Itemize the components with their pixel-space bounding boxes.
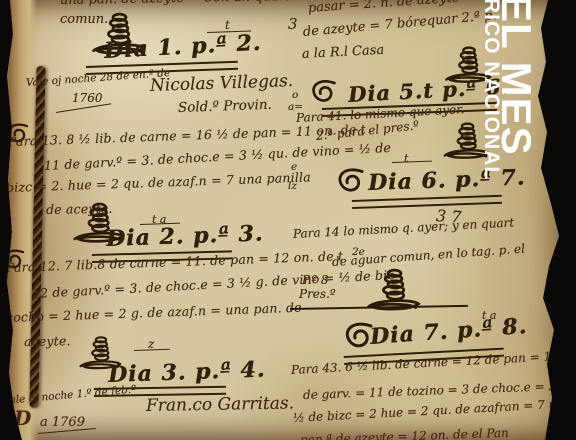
ration-line: a la R.l Casa bbox=[302, 44, 385, 61]
signature: Fran.co Garritas. bbox=[146, 395, 294, 415]
ration-line: Para 14 lo mismo q. ayer; y en quart bbox=[293, 216, 515, 240]
overlay-subtitle: RICO NACIONAL bbox=[479, 0, 503, 180]
day-heading: Dia 7. p.ª 8. bbox=[369, 313, 528, 350]
manuscript-photo: una pan. de azeyte = Con un quartillo de… bbox=[0, 0, 576, 440]
ink-mark: 3 bbox=[288, 17, 298, 32]
ration-line: pan.ª de azeyte = 12 on. de el Pan bbox=[300, 427, 509, 440]
initial-flourish-icon bbox=[330, 164, 370, 196]
heading-underline bbox=[352, 195, 502, 209]
ration-line: Pres.º bbox=[299, 288, 336, 300]
day-heading: Dia 2. p.ª 3. bbox=[106, 221, 264, 252]
initial-flourish-icon bbox=[304, 76, 342, 106]
gutter-fragment: o bbox=[292, 90, 298, 101]
signature: Sold.º Provin. bbox=[178, 99, 272, 116]
ration-line: cocho = 2 hue = 2 g. de azaf.n = una pan… bbox=[6, 302, 302, 325]
ink-mark: z bbox=[148, 338, 154, 350]
vale-note: D bbox=[14, 408, 31, 428]
ration-line: 12 de garv.º = 3. de choc.e = 3 ½ g. de … bbox=[32, 269, 395, 300]
ration-line: Para 12. 7 lib.8 de carne = 11. de pan =… bbox=[6, 250, 344, 274]
ration-line: aceyte. bbox=[24, 335, 71, 348]
ink-mark: t bbox=[225, 19, 230, 31]
gutter-fragment: lz bbox=[288, 181, 297, 192]
pen-stroke bbox=[392, 161, 432, 163]
ink-mark: P.º 8 bbox=[302, 274, 329, 286]
ration-line: ½ de bizc = 2 hue = 2 qu. de azafran = 7… bbox=[293, 397, 572, 424]
signature: Nicolas Villegas. bbox=[150, 73, 294, 95]
ration-line: bizc = 2. hue = 2 qu. de azaf.n = 7 una … bbox=[6, 171, 311, 194]
vale-note: 1760 bbox=[72, 92, 103, 104]
gutter-fragment: e bbox=[291, 162, 297, 173]
vale-note: a 1769 bbox=[40, 416, 85, 429]
